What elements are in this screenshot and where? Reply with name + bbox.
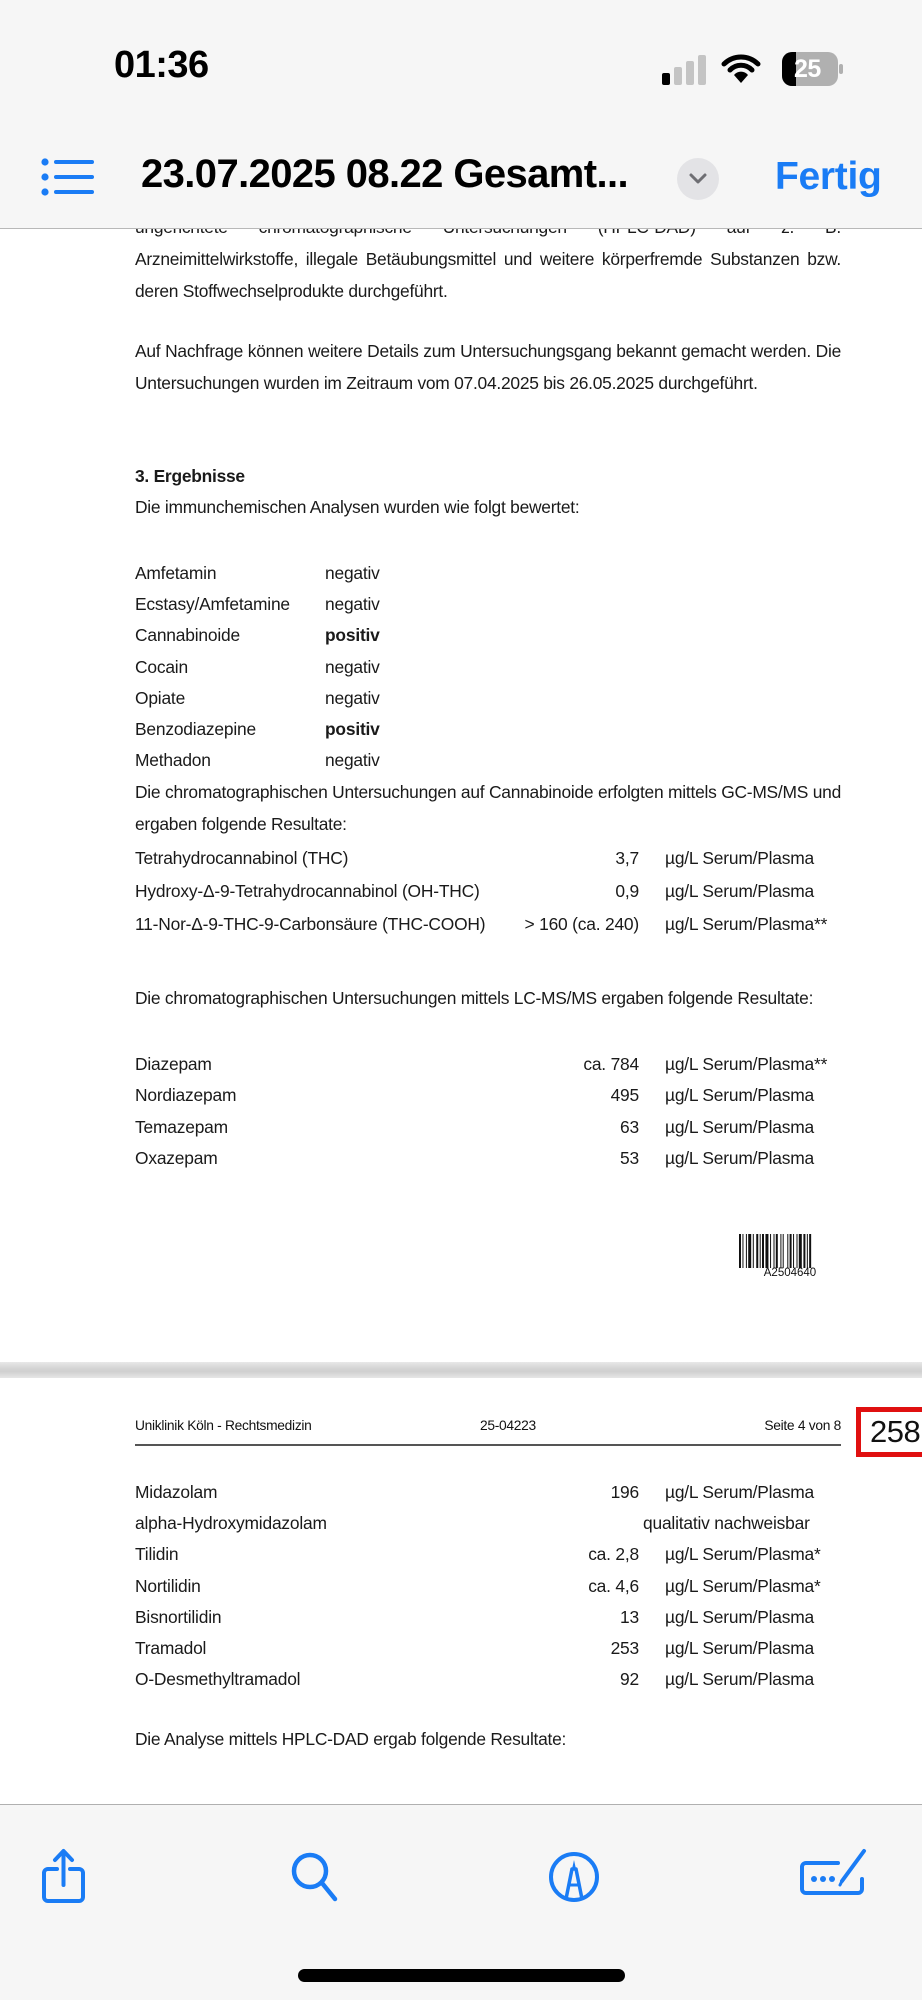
share-icon (36, 1845, 96, 1905)
markup-button[interactable] (544, 1845, 604, 1905)
table-of-contents-button[interactable] (40, 155, 98, 201)
concentration-unit: µg/L Serum/Plasma (665, 1080, 814, 1111)
concentration-value: > 160 (ca. 240) (525, 909, 639, 940)
concentration-value: 63 (620, 1112, 639, 1143)
magnifying-glass-icon (288, 1845, 348, 1905)
substance-name: Temazepam (135, 1112, 228, 1143)
result-row: Nortilidinca. 4,6µg/L Serum/Plasma* (135, 1571, 841, 1602)
substance-name: Amfetamin (135, 558, 216, 589)
pdf-viewer-screen: ungerichtete chromatographische Untersuc… (0, 0, 922, 2000)
result-row: Methadonnegativ (135, 745, 841, 776)
immuno-intro: Die immunchemischen Analysen wurden wie … (135, 492, 841, 524)
substance-name: Tilidin (135, 1539, 178, 1570)
substance-name: Opiate (135, 683, 185, 714)
result-row: Tramadol253µg/L Serum/Plasma (135, 1633, 841, 1664)
result-row: Benzodiazepinepositiv (135, 714, 841, 745)
hplc-intro: Die Analyse mittels HPLC-DAD ergab folge… (135, 1724, 841, 1756)
concentration-unit: µg/L Serum/Plasma (665, 1664, 814, 1695)
share-button[interactable] (36, 1845, 96, 1905)
substance-name: Methadon (135, 745, 211, 776)
concentration-unit: µg/L Serum/Plasma (665, 1477, 814, 1508)
intro-partial-line: ungerichtete chromatographische Untersuc… (135, 229, 841, 244)
substance-name: Ecstasy/Amfetamine (135, 589, 290, 620)
immuno-result: positiv (325, 714, 380, 745)
qualitative-result: qualitativ nachweisbar (643, 1508, 810, 1539)
substance-name: Hydroxy-Δ-9-Tetrahydrocannabinol (OH-THC… (135, 876, 480, 907)
concentration-value: ca. 4,6 (588, 1571, 639, 1602)
result-row: Midazolam196µg/L Serum/Plasma (135, 1477, 841, 1508)
result-row: Amfetaminnegativ (135, 558, 841, 589)
concentration-unit: µg/L Serum/Plasma (665, 1602, 814, 1633)
result-row: Bisnortilidin13µg/L Serum/Plasma (135, 1602, 841, 1633)
page-separator (0, 1362, 922, 1378)
substance-name: Bisnortilidin (135, 1602, 221, 1633)
details-paragraph: Auf Nachfrage können weitere Details zum… (135, 336, 841, 399)
concentration-unit: µg/L Serum/Plasma* (665, 1571, 821, 1602)
immuno-result: negativ (325, 558, 380, 589)
immuno-result: negativ (325, 745, 380, 776)
chevron-down-icon (688, 170, 708, 188)
concentration-value: 253 (611, 1633, 639, 1664)
concentration-unit: µg/L Serum/Plasma (665, 1143, 814, 1174)
list-bullet-icon (40, 155, 98, 201)
result-row: Tetrahydrocannabinol (THC)3,7µg/L Serum/… (135, 843, 841, 874)
concentration-value: ca. 784 (583, 1049, 639, 1080)
result-row: Oxazepam53µg/L Serum/Plasma (135, 1143, 841, 1174)
navigation-bar: 23.07.2025 08.22 Gesamt... Fertig (0, 130, 922, 229)
header-rule (135, 1444, 841, 1446)
concentration-value: 13 (620, 1602, 639, 1633)
immuno-result: negativ (325, 652, 380, 683)
result-row: Tilidinca. 2,8µg/L Serum/Plasma* (135, 1539, 841, 1570)
section-heading-results: 3. Ergebnisse (135, 461, 841, 493)
concentration-value: 53 (620, 1143, 639, 1174)
result-row: Cannabinoidepositiv (135, 620, 841, 651)
done-button[interactable]: Fertig (775, 155, 882, 199)
page-stamp: 258 (856, 1407, 922, 1457)
immuno-result: negativ (325, 589, 380, 620)
concentration-unit: µg/L Serum/Plasma** (665, 1049, 827, 1080)
header-case-number: 25-04223 (480, 1418, 536, 1433)
substance-name: Midazolam (135, 1477, 217, 1508)
result-row: 11-Nor-Δ-9-THC-9-Carbonsäure (THC-COOH)>… (135, 909, 841, 940)
substance-name: Cannabinoide (135, 620, 240, 651)
home-indicator[interactable] (298, 1969, 625, 1982)
gcms-intro: Die chromatographischen Untersuchungen a… (135, 777, 841, 840)
document-title[interactable]: 23.07.2025 08.22 Gesamt... (141, 152, 628, 197)
stamp-number: 258 (870, 1414, 920, 1450)
substance-name: Benzodiazepine (135, 714, 256, 745)
result-row: Temazepam63µg/L Serum/Plasma (135, 1112, 841, 1143)
fill-and-sign-button[interactable] (798, 1845, 858, 1905)
barcode-id: A2504640 (739, 1267, 841, 1279)
battery-level: 25 (794, 55, 821, 84)
cellular-signal-icon (662, 55, 708, 85)
concentration-value: 3,7 (615, 843, 639, 874)
result-row: Ecstasy/Amfetaminenegativ (135, 589, 841, 620)
concentration-value: 196 (611, 1477, 639, 1508)
substance-name: Diazepam (135, 1049, 212, 1080)
title-menu-button[interactable] (677, 158, 719, 200)
concentration-unit: µg/L Serum/Plasma (665, 1112, 814, 1143)
barcode-image (739, 1234, 841, 1268)
pdf-page-4: Uniklinik Köln - Rechtsmedizin 25-04223 … (0, 1378, 922, 1804)
battery-icon: 25 (782, 52, 844, 86)
substance-name: Nortilidin (135, 1571, 201, 1602)
intro-paragraph: Arzneimittelwirkstoffe, illegale Betäubu… (135, 244, 841, 307)
substance-name: O-Desmethyltramadol (135, 1664, 300, 1695)
result-row: Opiatenegativ (135, 683, 841, 714)
search-button[interactable] (288, 1845, 348, 1905)
substance-name: Tramadol (135, 1633, 206, 1664)
concentration-value: 495 (611, 1080, 639, 1111)
concentration-value: 92 (620, 1664, 639, 1695)
pen-tip-circle-icon (544, 1845, 604, 1905)
header-institution: Uniklinik Köln - Rechtsmedizin (135, 1418, 312, 1433)
result-row: Diazepamca. 784µg/L Serum/Plasma** (135, 1049, 841, 1080)
result-row: Hydroxy-Δ-9-Tetrahydrocannabinol (OH-THC… (135, 876, 841, 907)
substance-name: alpha-Hydroxymidazolam (135, 1508, 327, 1539)
concentration-unit: µg/L Serum/Plasma** (665, 909, 827, 940)
substance-name: Cocain (135, 652, 188, 683)
result-row: Cocainnegativ (135, 652, 841, 683)
concentration-unit: µg/L Serum/Plasma (665, 876, 814, 907)
concentration-unit: µg/L Serum/Plasma* (665, 1539, 821, 1570)
concentration-unit: µg/L Serum/Plasma (665, 1633, 814, 1664)
concentration-value: 0,9 (615, 876, 639, 907)
substance-name: Oxazepam (135, 1143, 218, 1174)
immuno-result: positiv (325, 620, 380, 651)
wifi-icon (721, 54, 761, 84)
substance-name: Tetrahydrocannabinol (THC) (135, 843, 348, 874)
result-row: O-Desmethyltramadol92µg/L Serum/Plasma (135, 1664, 841, 1695)
immuno-result: negativ (325, 683, 380, 714)
pdf-page-3: ungerichtete chromatographische Untersuc… (0, 229, 922, 1362)
result-row: Nordiazepam495µg/L Serum/Plasma (135, 1080, 841, 1111)
substance-name: Nordiazepam (135, 1080, 236, 1111)
concentration-value: ca. 2,8 (588, 1539, 639, 1570)
substance-name: 11-Nor-Δ-9-THC-9-Carbonsäure (THC-COOH) (135, 909, 485, 940)
status-time: 01:36 (114, 44, 209, 87)
lcms-intro: Die chromatographischen Untersuchungen m… (135, 983, 841, 1015)
result-row: alpha-Hydroxymidazolamqualitativ nachwei… (135, 1508, 841, 1539)
header-page-number: Seite 4 von 8 (764, 1418, 841, 1433)
document-viewport[interactable]: ungerichtete chromatographische Untersuc… (0, 229, 922, 1804)
signature-form-icon (798, 1845, 868, 1905)
concentration-unit: µg/L Serum/Plasma (665, 843, 814, 874)
